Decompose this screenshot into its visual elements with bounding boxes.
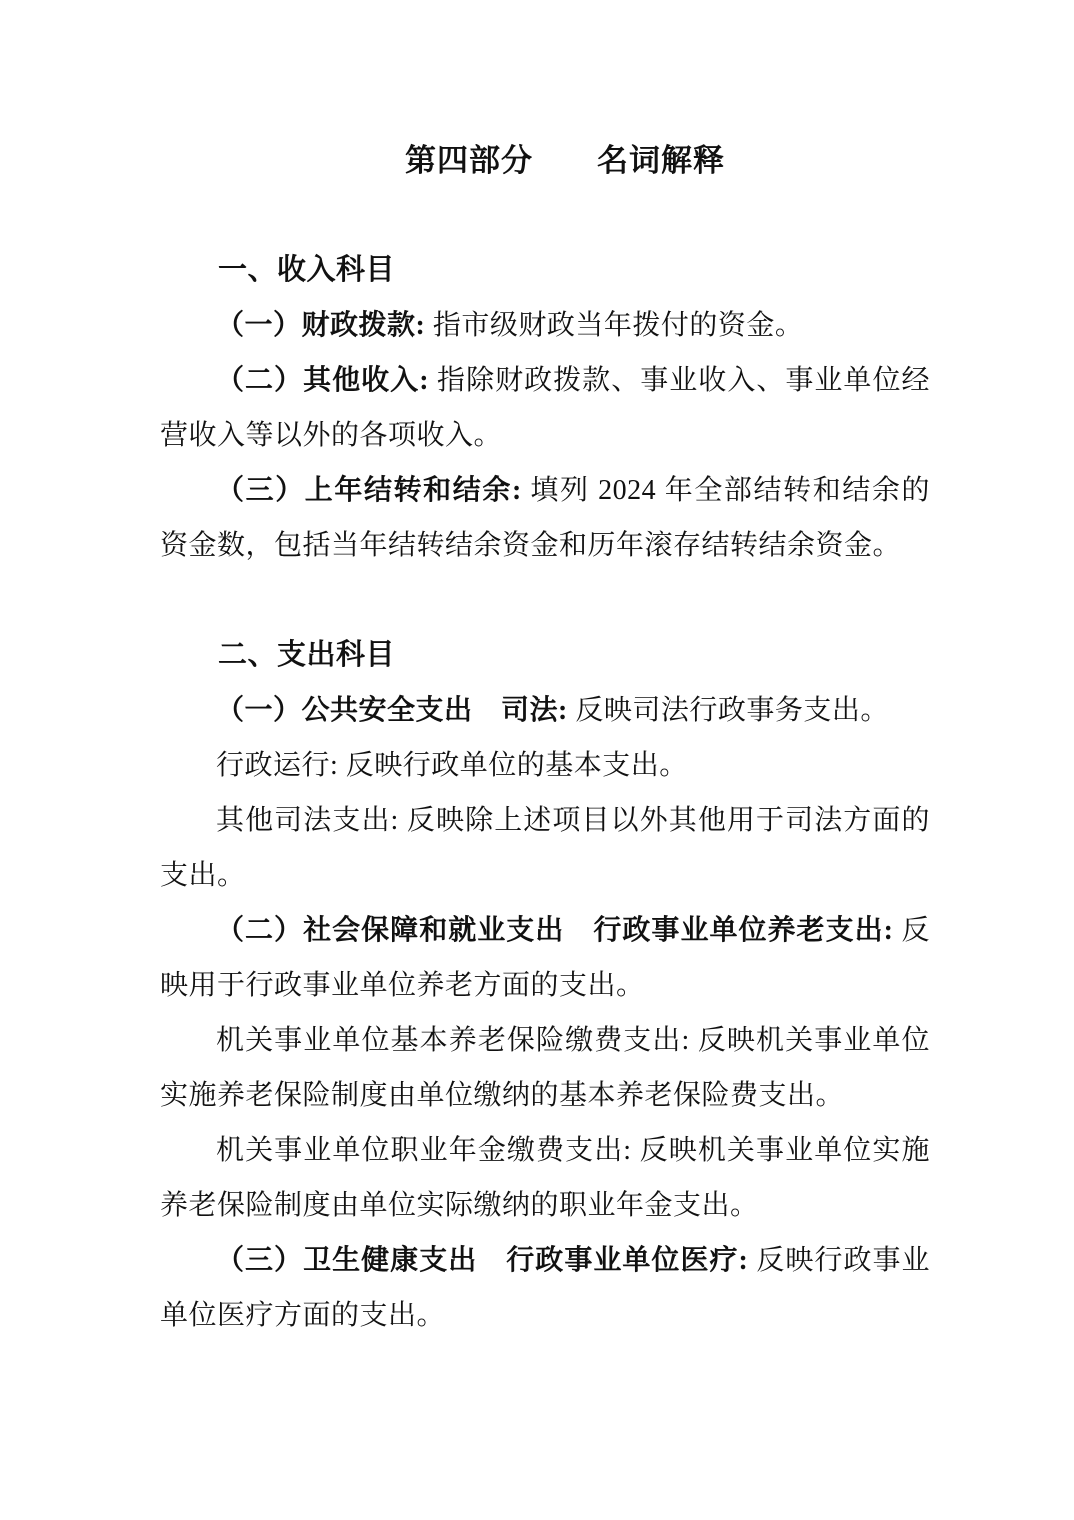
paragraph-expense-2: 行政运行: 反映行政单位的基本支出。 xyxy=(160,738,930,793)
term-label: （二）社会保障和就业支出 行政事业单位养老支出: xyxy=(216,915,901,946)
document-page: 第四部分 名词解释 一、收入科目 （一）财政拨款: 指市级财政当年拨付的资金。 … xyxy=(0,0,1074,1520)
paragraph-income-3: （三）上年结转和结余: 填列 2024 年全部结转和结余的资金数，包括当年结转结… xyxy=(160,463,930,573)
paragraph-expense-4: （二）社会保障和就业支出 行政事业单位养老支出: 反映用于行政事业单位养老方面的… xyxy=(160,903,930,1013)
term-definition: 机关事业单位基本养老保险缴费支出: 反映机关事业单位实施养老保险制度由单位缴纳的… xyxy=(160,1025,930,1111)
paragraph-expense-7: （三）卫生健康支出 行政事业单位医疗: 反映行政事业单位医疗方面的支出。 xyxy=(160,1233,930,1343)
page-title: 第四部分 名词解释 xyxy=(200,133,930,188)
section-expense: 二、支出科目 （一）公共安全支出 司法: 反映司法行政事务支出。 行政运行: 反… xyxy=(160,628,930,1343)
section-income: 一、收入科目 （一）财政拨款: 指市级财政当年拨付的资金。 （二）其他收入: 指… xyxy=(160,243,930,573)
section-heading-expense: 二、支出科目 xyxy=(160,628,930,683)
term-label: （二）其他收入: xyxy=(216,365,437,396)
section-heading-income: 一、收入科目 xyxy=(160,243,930,298)
paragraph-expense-1: （一）公共安全支出 司法: 反映司法行政事务支出。 xyxy=(160,683,930,738)
paragraph-expense-5: 机关事业单位基本养老保险缴费支出: 反映机关事业单位实施养老保险制度由单位缴纳的… xyxy=(160,1013,930,1123)
term-definition: 其他司法支出: 反映除上述项目以外其他用于司法方面的支出。 xyxy=(160,805,930,891)
term-label: （一）公共安全支出 司法: xyxy=(216,695,575,726)
term-label: （三）上年结转和结余: xyxy=(216,475,530,506)
paragraph-income-1: （一）财政拨款: 指市级财政当年拨付的资金。 xyxy=(160,298,930,353)
paragraph-expense-6: 机关事业单位职业年金缴费支出: 反映机关事业单位实施养老保险制度由单位实际缴纳的… xyxy=(160,1123,930,1233)
paragraph-expense-3: 其他司法支出: 反映除上述项目以外其他用于司法方面的支出。 xyxy=(160,793,930,903)
term-definition: 指市级财政当年拨付的资金。 xyxy=(433,310,804,341)
document-content: 第四部分 名词解释 一、收入科目 （一）财政拨款: 指市级财政当年拨付的资金。 … xyxy=(0,0,930,1343)
term-label: （三）卫生健康支出 行政事业单位医疗: xyxy=(216,1245,756,1276)
term-definition: 反映司法行政事务支出。 xyxy=(575,695,889,726)
term-definition: 行政运行: 反映行政单位的基本支出。 xyxy=(216,750,688,781)
term-label: （一）财政拨款: xyxy=(216,310,433,341)
paragraph-income-2: （二）其他收入: 指除财政拨款、事业收入、事业单位经营收入等以外的各项收入。 xyxy=(160,353,930,463)
term-definition: 机关事业单位职业年金缴费支出: 反映机关事业单位实施养老保险制度由单位实际缴纳的… xyxy=(160,1135,930,1221)
